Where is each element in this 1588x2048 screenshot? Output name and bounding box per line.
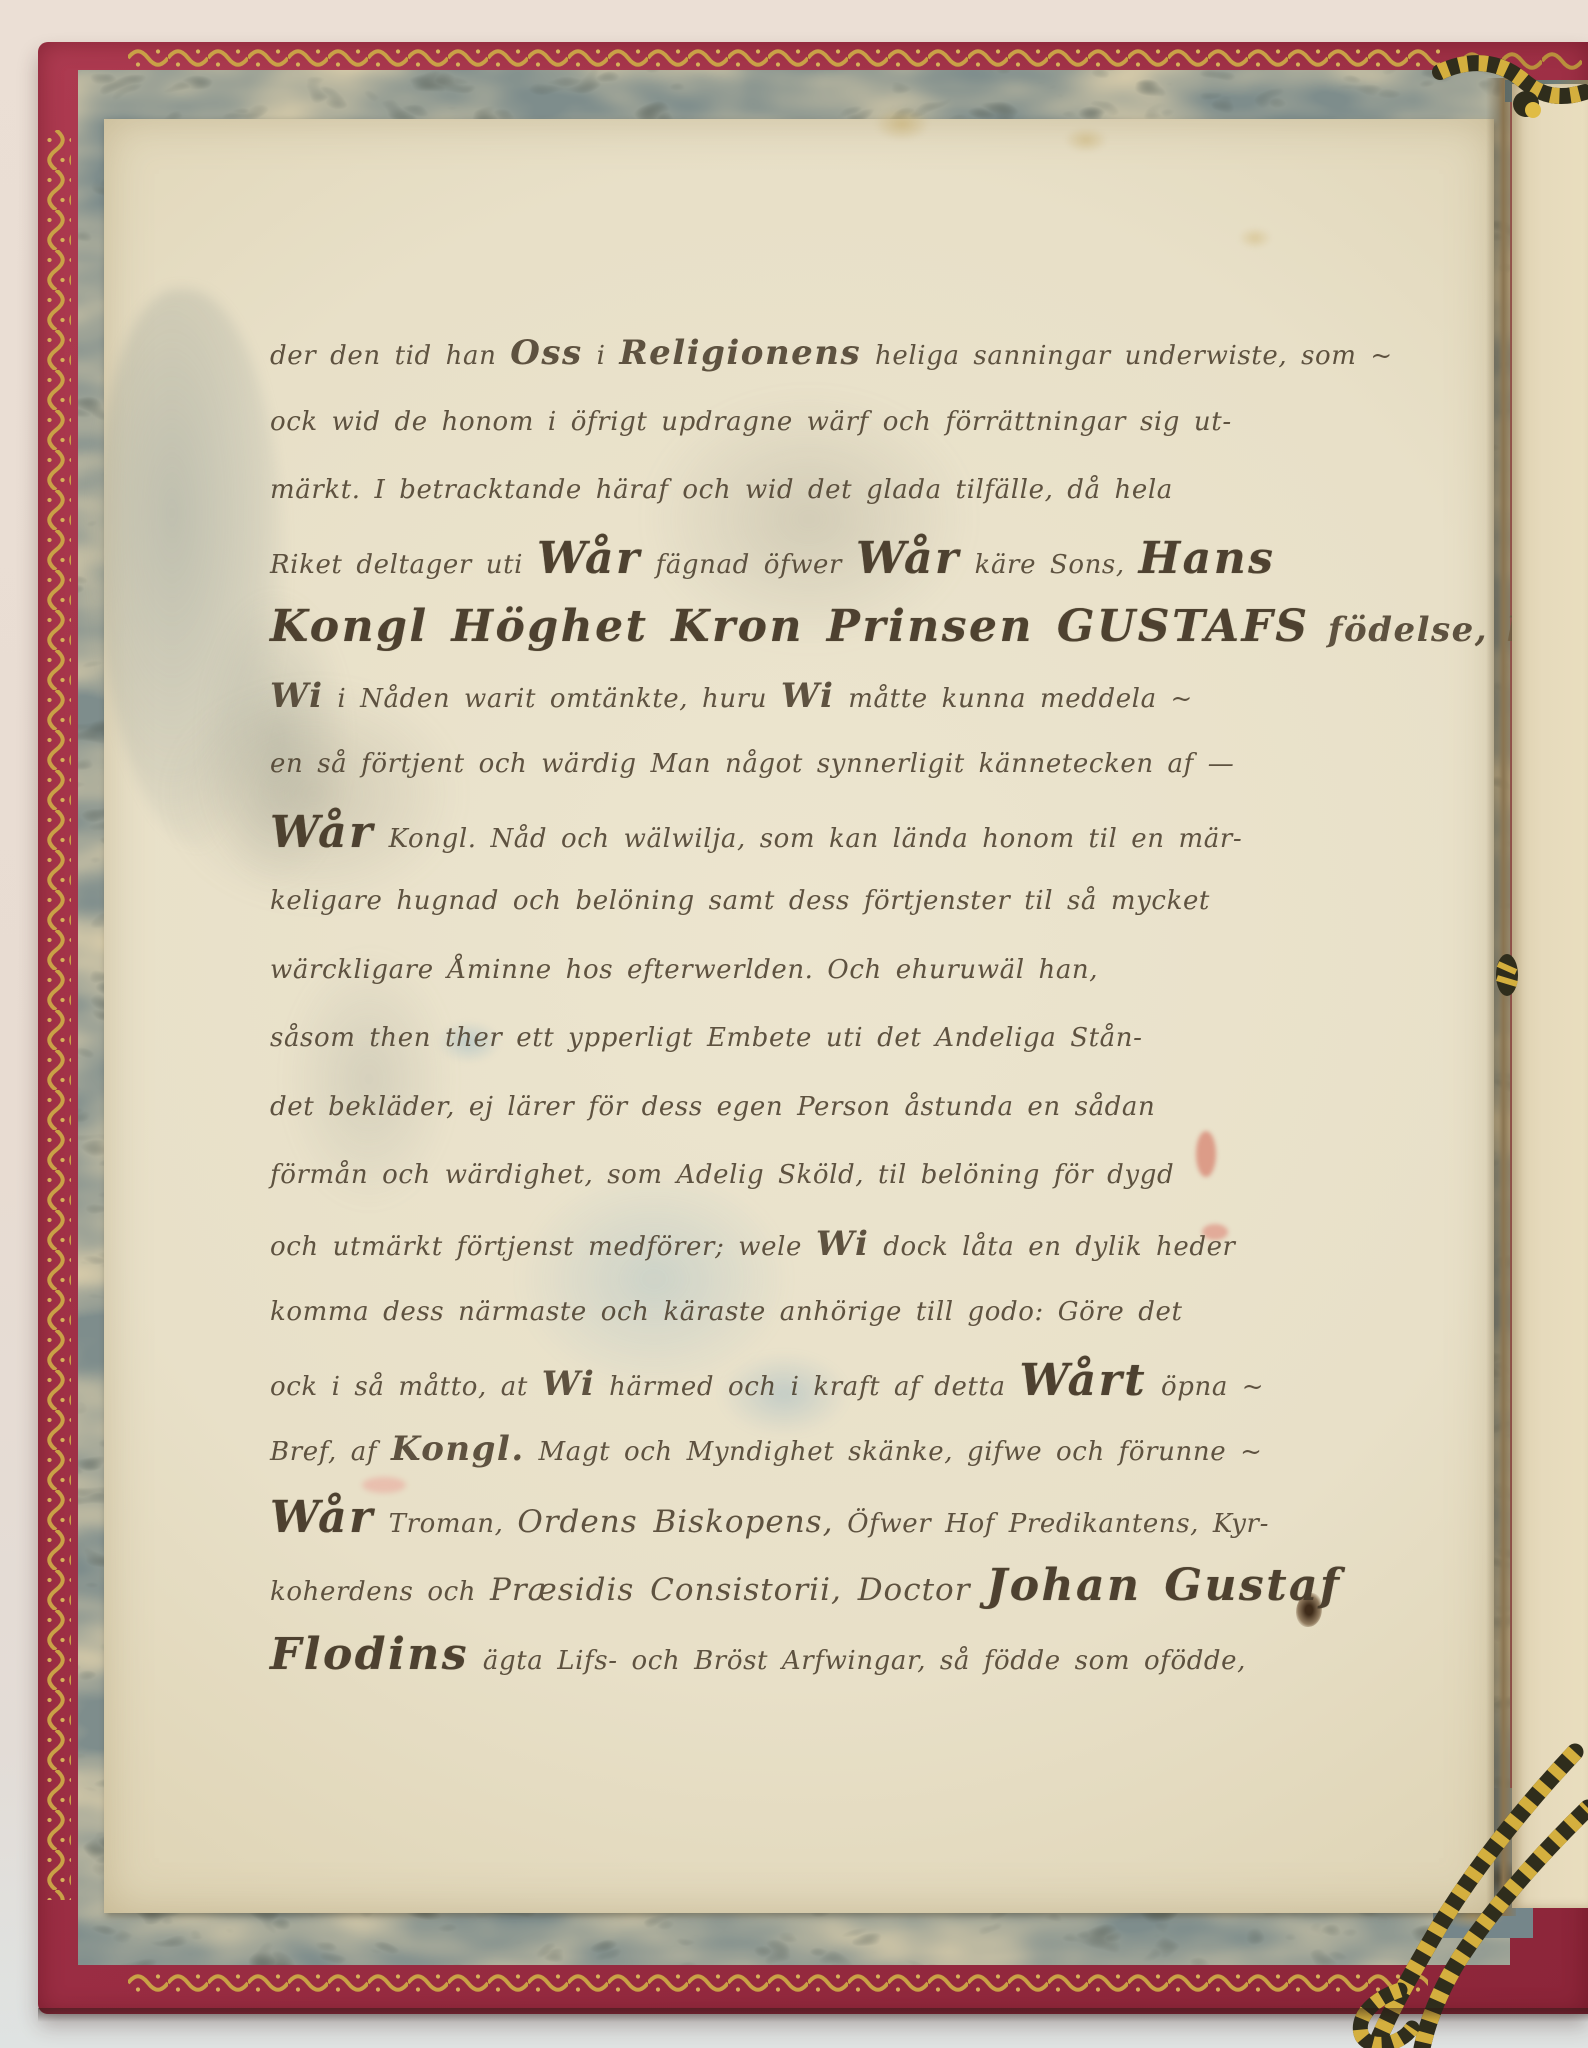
manuscript-line: der den tid han Oss i Religionens heliga… <box>270 319 1210 388</box>
manuscript-text-segment: Wi <box>270 676 324 716</box>
manuscript-line: såsom then ther ett ypperligt Embete uti… <box>270 1004 1210 1073</box>
manuscript-line: ock i så måtto, at Wi härmed och i kraft… <box>270 1347 1210 1416</box>
manuscript-line: wärckligare Åminne hos efterwerlden. Och… <box>270 936 1210 1005</box>
manuscript-text-segment: Oss <box>510 333 582 373</box>
manuscript-line: Wår Troman, Ordens Biskopens, Öfwer Hof … <box>270 1484 1210 1553</box>
manuscript-text-segment: det bekläder, ej lärer för dess egen Per… <box>270 1092 1155 1122</box>
manuscript-text-segment: wärckligare Åminne hos efterwerlden. Och… <box>270 955 1098 985</box>
manuscript-text-segment: Magt och Myndighet skänke, gifwe och för… <box>525 1437 1263 1467</box>
manuscript-text-segment: märkt. I betracktande häraf och wid det … <box>270 475 1173 505</box>
manuscript-text-segment: Religionens <box>619 333 861 373</box>
manuscript-text-segment: Wi <box>542 1364 596 1404</box>
manuscript-text-segment: heliga sanningar underwiste, som ~ <box>861 341 1393 371</box>
manuscript-line: ock wid de honom i öfrigt updragne wärf … <box>270 388 1210 457</box>
manuscript-text-segment: käre Sons, <box>961 550 1139 580</box>
manuscript-line: Kongl Höghet Kron Prinsen GUSTAFS födels… <box>270 593 1210 662</box>
manuscript-line: märkt. I betracktande häraf och wid det … <box>270 456 1210 525</box>
manuscript-text-segment: Wår <box>270 807 375 858</box>
gold-tooling-top-right <box>1462 50 1582 72</box>
manuscript-text-segment: Wår <box>270 1492 375 1543</box>
manuscript-text-segment: Wår <box>856 533 961 584</box>
manuscript-line: koherdens och Præsidis Consistorii, Doct… <box>270 1552 1210 1621</box>
manuscript-text-segment: Hans <box>1139 533 1276 584</box>
manuscript-text-segment: der den tid han <box>270 341 510 371</box>
manuscript-text-segment: ock wid de honom i öfrigt updragne wärf … <box>270 407 1232 437</box>
manuscript-line: Wi i Nåden warit omtänkte, huru Wi måtte… <box>270 662 1210 731</box>
manuscript-text-segment: ock i så måtto, at <box>270 1372 542 1402</box>
manuscript-text-segment: Ordens Biskopens, <box>517 1504 833 1540</box>
manuscript-text-segment: måtte kunna meddela ~ <box>834 684 1193 714</box>
manuscript-line: och utmärkt förtjenst medförer; wele Wi … <box>270 1210 1210 1279</box>
manuscript-text-segment: Kongl. <box>391 1429 525 1469</box>
manuscript-text-segment: Wi <box>781 676 835 716</box>
manuscript-text-segment: Kongl. Nåd och wälwilja, som kan lända h… <box>375 824 1243 854</box>
manuscript-text-segment: Bref, af <box>270 1437 391 1467</box>
text-block: der den tid han Oss i Religionens heliga… <box>270 319 1210 1739</box>
manuscript-text-segment: en så förtjent och wärdig Man något synn… <box>270 749 1234 779</box>
manuscript-text-segment: Öfwer Hof Predikantens, Kyr- <box>833 1509 1269 1539</box>
manuscript-line: Flodins ägta Lifs- och Bröst Arfwingar, … <box>270 1621 1210 1690</box>
facing-page-edge <box>1512 84 1588 1908</box>
manuscript-line: en så förtjent och wärdig Man något synn… <box>270 730 1210 799</box>
manuscript-page: der den tid han Oss i Religionens heliga… <box>104 119 1494 1913</box>
manuscript-line: Riket deltager uti Wår fägnad öfwer Wår … <box>270 525 1210 594</box>
manuscript-text-segment: öpna ~ <box>1147 1372 1264 1402</box>
manuscript-text-segment: Wårt <box>1020 1355 1148 1406</box>
manuscript-text-segment: Wi <box>816 1224 870 1264</box>
manuscript-line: det bekläder, ej lärer för dess egen Per… <box>270 1073 1210 1142</box>
manuscript-text-segment: Kongl Höghet Kron Prinsen GUSTAFS <box>270 601 1310 652</box>
manuscript-line: Wår Kongl. Nåd och wälwilja, som kan län… <box>270 799 1210 868</box>
manuscript-line: keligare hugnad och belöning samt dess f… <box>270 867 1210 936</box>
manuscript-text-segment: Flodins <box>270 1629 469 1680</box>
grey-mottling-stain <box>96 289 286 849</box>
foxing-spot <box>1064 127 1108 153</box>
manuscript-text-segment: och utmärkt förtjenst medförer; wele <box>270 1232 816 1262</box>
manuscript-text-segment: förmån och wärdighet, som Adelig Sköld, … <box>270 1160 1174 1190</box>
manuscript-text-segment: i <box>583 341 620 371</box>
manuscript-text-segment: Riket deltager uti <box>270 550 537 580</box>
manuscript-text-segment: Wår <box>537 533 642 584</box>
gold-tooling-top <box>128 47 1440 69</box>
gold-tooling-bottom <box>128 1972 1428 1994</box>
manuscript-text-segment: koherdens och <box>270 1577 490 1607</box>
manuscript-line: komma dess närmaste och käraste anhörige… <box>270 1278 1210 1347</box>
scanned-book-photo: der den tid han Oss i Religionens heliga… <box>0 0 1588 2048</box>
manuscript-text-segment: Johan Gustaf <box>986 1560 1341 1611</box>
manuscript-line: förmån och wärdighet, som Adelig Sköld, … <box>270 1141 1210 1210</box>
cover-bottom-shadow <box>38 2008 1588 2022</box>
manuscript-line: Bref, af Kongl. Magt och Myndighet skänk… <box>270 1415 1210 1484</box>
manuscript-text-segment: såsom then ther ett ypperligt Embete uti… <box>270 1023 1143 1053</box>
manuscript-text-segment: ägta Lifs- och Bröst Arfwingar, så födde… <box>469 1646 1246 1676</box>
manuscript-text-segment: fägnad öfwer <box>642 550 856 580</box>
gold-tooling-left <box>45 130 71 1900</box>
manuscript-text-segment: keligare hugnad och belöning samt dess f… <box>270 886 1210 916</box>
manuscript-text-segment: i Nåden warit omtänkte, huru <box>324 684 781 714</box>
foxing-spot <box>1238 227 1272 249</box>
manuscript-text-segment: härmed och i kraft af detta <box>595 1372 1019 1402</box>
manuscript-text-segment: dock låta en dylik heder <box>869 1232 1235 1262</box>
manuscript-text-segment: Troman, <box>375 1509 518 1539</box>
manuscript-text-segment: komma dess närmaste och käraste anhörige… <box>270 1297 1183 1327</box>
manuscript-text-segment: Præsidis Consistorii, Doctor <box>490 1572 986 1608</box>
